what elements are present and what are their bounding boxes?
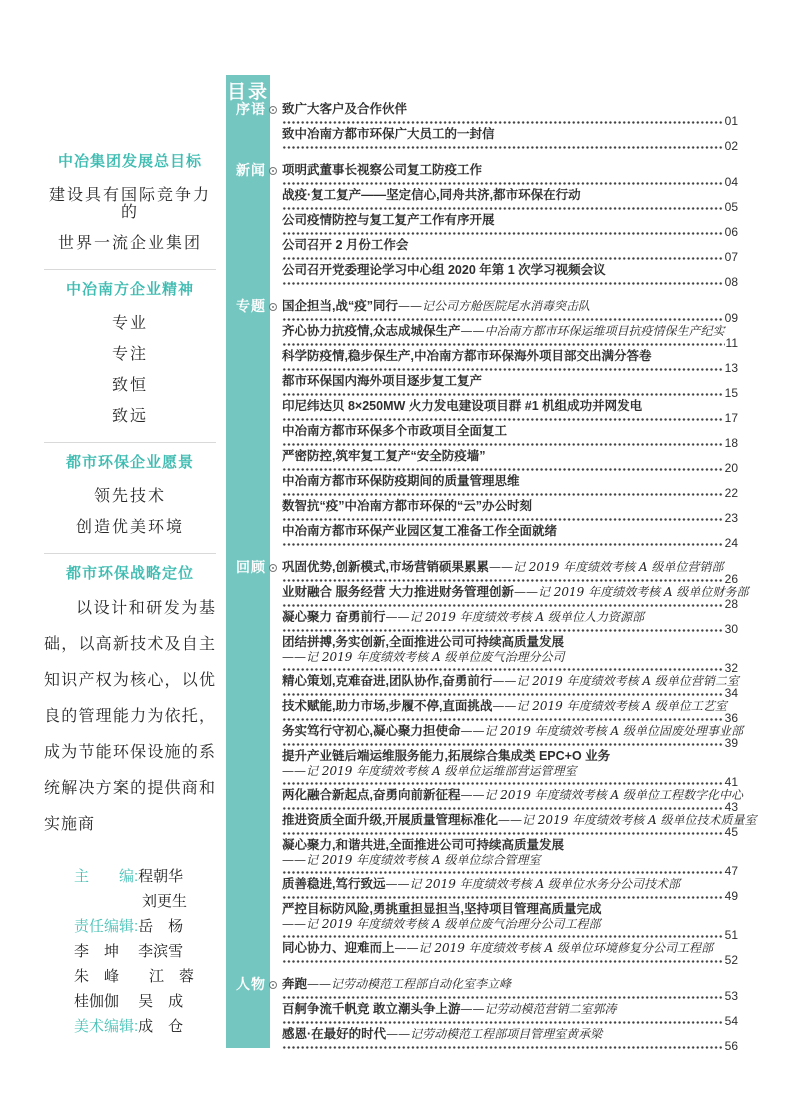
toc-section: 人物奔跑——记劳动模范工程部自动化室李立峰53百舸争流千帆竞 敢立潮头争上游——… xyxy=(282,977,738,1052)
toc-entry: 严控目标防风险,勇挑重担显担当,坚持项目管理高质量完成——记 2019 年度绩效… xyxy=(282,902,738,941)
leader-row: 52 xyxy=(282,956,738,966)
editor-name: 程朝华 xyxy=(138,868,183,885)
toc-entry: 齐心协力抗疫情,众志成城保生产——中冶南方都市环保运维项目抗疫情保生产纪实11 xyxy=(282,324,738,349)
page-number: 52 xyxy=(724,955,738,966)
toc-entry: 百舸争流千帆竞 敢立潮头争上游——记劳动模范营销二室郭涛54 xyxy=(282,1002,738,1027)
page-number: 06 xyxy=(724,227,738,238)
leader-row: 43 xyxy=(282,803,738,813)
leader-row: 34 xyxy=(282,689,738,699)
page-number: 39 xyxy=(724,738,738,749)
section-label: 专题 xyxy=(226,298,272,315)
entry-title-text: 致中冶南方都市环保广大员工的一封信 xyxy=(282,127,495,141)
leader-row: 06 xyxy=(282,228,738,238)
entry-title-text: 都市环保国内海外项目逐步复工复产 xyxy=(282,374,482,388)
dotted-leader xyxy=(282,368,724,371)
editor-name: 朱 峰 江 蓉 xyxy=(74,968,194,985)
leader-row: 26 xyxy=(282,575,738,585)
leader-row: 54 xyxy=(282,1017,738,1027)
dotted-leader xyxy=(282,996,724,999)
entry-title-text: 科学防疫情,稳步保生产,中冶南方都市环保海外项目部交出满分答卷 xyxy=(282,349,651,363)
page-number: 23 xyxy=(724,513,738,524)
entry-title: 项明武董事长视察公司复工防疫工作 xyxy=(282,163,738,178)
entry-subtitle: ——记 2019 年度绩效考核 A 级单位人力资源部 xyxy=(385,610,643,624)
entry-title: 数智抗“疫”中冶南方都市环保的“云”办公时刻 xyxy=(282,499,738,514)
entry-title-text: 两化融合新起点,奋勇向前新征程 xyxy=(282,788,460,802)
page-number: 07 xyxy=(724,252,738,263)
entry-title: 国企担当,战“疫”同行——记公司方舱医院尾水消毒突击队 xyxy=(282,299,738,314)
leader-row: 01 xyxy=(282,117,738,127)
page-number: 09 xyxy=(724,313,738,324)
entry-title-text: 推进资质全面升级,开展质量管理标准化 xyxy=(282,813,498,827)
entry-subtitle: ——记 2019 年度绩效考核 A 级单位废气治理分公司工程部 xyxy=(282,917,738,931)
sidebar-divider xyxy=(44,553,216,554)
entry-title-text: 数智抗“疫”中冶南方都市环保的“云”办公时刻 xyxy=(282,499,532,513)
toc-entry: 公司召开 2 月份工作会07 xyxy=(282,238,738,263)
entry-title: 中冶南方都市环保产业园区复工准备工作全面就绪 xyxy=(282,524,738,539)
editor-row: 主 编:程朝华 xyxy=(74,864,216,889)
toc-entry: 团结拼搏,务实创新,全面推进公司可持续高质量发展——记 2019 年度绩效考核 … xyxy=(282,635,738,674)
dotted-leader xyxy=(282,807,724,810)
entry-title-text: 公司疫情防控与复工复产工作有序开展 xyxy=(282,213,495,227)
sidebar-block: 中冶南方企业精神专业专注致恒致远 xyxy=(44,280,216,424)
sidebar: 中冶集团发展总目标建设具有国际竞争力的世界一流企业集团中冶南方企业精神专业专注致… xyxy=(44,152,216,1039)
entry-title-text: 质善稳进,笃行致远 xyxy=(282,877,385,891)
entry-subtitle: ——记 2019 年度绩效考核 A 级单位环境修复分公司工程部 xyxy=(395,941,713,955)
entry-subtitle: ——记 2019 年度绩效考核 A 级单位综合管理室 xyxy=(282,853,738,867)
leader-row: 32 xyxy=(282,664,738,674)
toc-entry: 提升产业链后端运维服务能力,拓展综合集成类 EPC+O 业务——记 2019 年… xyxy=(282,749,738,788)
entry-title: 百舸争流千帆竞 敢立潮头争上游——记劳动模范营销二室郭涛 xyxy=(282,1002,738,1017)
leader-row: 04 xyxy=(282,178,738,188)
toc-entry: 同心协力、迎难而上——记 2019 年度绩效考核 A 级单位环境修复分公司工程部… xyxy=(282,941,738,966)
entry-title: 公司召开党委理论学习中心组 2020 年第 1 次学习视频会议 xyxy=(282,263,738,278)
entry-title-text: 凝心聚力 奋勇前行 xyxy=(282,610,385,624)
editor-row: 刘更生 xyxy=(74,889,216,914)
editor-row: 李 坤 李滨雪 xyxy=(74,939,216,964)
page-number: 34 xyxy=(724,688,738,699)
entry-subtitle: ——记 2019 年度绩效考核 A 级单位营销部 xyxy=(489,560,723,574)
page-number: 24 xyxy=(724,538,738,549)
toc-entry: 国企担当,战“疫”同行——记公司方舱医院尾水消毒突击队09 xyxy=(282,299,738,324)
entry-title: 团结拼搏,务实创新,全面推进公司可持续高质量发展 xyxy=(282,635,738,650)
editor-row: 桂伽伽 吴 成 xyxy=(74,989,216,1014)
leader-row: 07 xyxy=(282,253,738,263)
entry-title-text: 业财融合 服务经营 大力推进财务管理创新 xyxy=(282,585,514,599)
dotted-leader xyxy=(282,282,724,285)
entry-title-text: 精心策划,克难奋进,团队协作,奋勇前行 xyxy=(282,674,492,688)
entry-title: 提升产业链后端运维服务能力,拓展综合集成类 EPC+O 业务 xyxy=(282,749,738,764)
toc-entry: 致广大客户及合作伙伴01 xyxy=(282,102,738,127)
page-number: 54 xyxy=(724,1016,738,1027)
page-number: 49 xyxy=(724,891,738,902)
section-bullet-icon xyxy=(269,981,277,989)
entry-subtitle: ——记 2019 年度绩效考核 A 级单位技术质量室 xyxy=(498,813,756,827)
page-number: 11 xyxy=(725,338,738,349)
entry-subtitle: ——记 2019 年度绩效考核 A 级单位废气治理分公司 xyxy=(282,650,738,664)
toc-sections: 序语致广大客户及合作伙伴01致中冶南方都市环保广大员工的一封信02新闻项明武董事… xyxy=(282,102,738,1063)
leader-row: 49 xyxy=(282,892,738,902)
leader-row: 08 xyxy=(282,278,738,288)
entry-title-text: 务实笃行守初心,凝心聚力担使命 xyxy=(282,724,460,738)
entry-subtitle: ——记劳动模范工程部项目管理室黄承梁 xyxy=(386,1027,602,1041)
sidebar-heading: 中冶集团发展总目标 xyxy=(44,152,216,172)
page-number: 47 xyxy=(724,866,738,877)
dotted-leader xyxy=(282,468,724,471)
entry-title: 奔跑——记劳动模范工程部自动化室李立峰 xyxy=(282,977,738,992)
page-number: 02 xyxy=(724,141,738,152)
page-number: 41 xyxy=(724,777,738,788)
toc-entry: 奔跑——记劳动模范工程部自动化室李立峰53 xyxy=(282,977,738,1002)
toc-entry: 公司疫情防控与复工复产工作有序开展06 xyxy=(282,213,738,238)
toc-entry: 凝心聚力 奋勇前行——记 2019 年度绩效考核 A 级单位人力资源部30 xyxy=(282,610,738,635)
entry-title-text: 国企担当,战“疫”同行 xyxy=(282,299,398,313)
leader-row: 13 xyxy=(282,364,738,374)
entry-title-text: 严密防控,筑牢复工复产“安全防疫墙” xyxy=(282,449,485,463)
leader-row: 02 xyxy=(282,142,738,152)
sidebar-line: 领先技术 xyxy=(44,487,216,504)
toc-entry: 中冶南方都市环保多个市政项目全面复工18 xyxy=(282,424,738,449)
page-number: 22 xyxy=(724,488,738,499)
toc-entry: 质善稳进,笃行致远——记 2019 年度绩效考核 A 级单位水务分公司技术部49 xyxy=(282,877,738,902)
page-number: 26 xyxy=(724,574,738,585)
page-number: 15 xyxy=(724,388,738,399)
toc-entry: 技术赋能,助力市场,步履不停,直面挑战——记 2019 年度绩效考核 A 级单位… xyxy=(282,699,738,724)
entry-subtitle: ——记劳动模范工程部自动化室李立峰 xyxy=(307,977,511,991)
entry-subtitle: ——记 2019 年度绩效考核 A 级单位运维部营运管理室 xyxy=(282,764,738,778)
entry-title-text: 中冶南方都市环保产业园区复工准备工作全面就绪 xyxy=(282,524,557,538)
editors-block: 主 编:程朝华刘更生责任编辑:岳 杨李 坤 李滨雪朱 峰 江 蓉桂伽伽 吴 成美… xyxy=(44,864,216,1039)
leader-row: 17 xyxy=(282,414,738,424)
entry-title: 凝心聚力,和谐共进,全面推进公司可持续高质量发展 xyxy=(282,838,738,853)
entry-title-text: 奔跑 xyxy=(282,977,307,991)
magazine-toc-page: 中冶集团发展总目标建设具有国际竞争力的世界一流企业集团中冶南方企业精神专业专注致… xyxy=(0,0,800,1100)
bullet-dot xyxy=(272,984,274,986)
toc-entry: 战疫·复工复产——坚定信心,同舟共济,都市环保在行动05 xyxy=(282,188,738,213)
toc-entry: 公司召开党委理论学习中心组 2020 年第 1 次学习视频会议08 xyxy=(282,263,738,288)
toc-section: 新闻项明武董事长视察公司复工防疫工作04战疫·复工复产——坚定信心,同舟共济,都… xyxy=(282,163,738,288)
page-number: 18 xyxy=(724,438,738,449)
entry-title-text: 项明武董事长视察公司复工防疫工作 xyxy=(282,163,482,177)
editor-role-label: 主 编: xyxy=(74,868,138,885)
page-number: 30 xyxy=(724,624,738,635)
toc-entry: 凝心聚力,和谐共进,全面推进公司可持续高质量发展——记 2019 年度绩效考核 … xyxy=(282,838,738,877)
sidebar-block: 中冶集团发展总目标建设具有国际竞争力的世界一流企业集团 xyxy=(44,152,216,251)
dotted-leader xyxy=(282,518,724,521)
dotted-leader xyxy=(282,871,724,874)
dotted-leader xyxy=(282,146,724,149)
toc-entry: 精心策划,克难奋进,团队协作,奋勇前行——记 2019 年度绩效考核 A 级单位… xyxy=(282,674,738,699)
leader-row: 56 xyxy=(282,1042,738,1052)
leader-row: 22 xyxy=(282,489,738,499)
dotted-leader xyxy=(282,629,724,632)
leader-row: 24 xyxy=(282,539,738,549)
toc-entry: 中冶南方都市环保防疫期间的质量管理思维22 xyxy=(282,474,738,499)
dotted-leader xyxy=(282,207,724,210)
leader-row: 11 xyxy=(282,339,738,349)
entry-subtitle: ——中冶南方都市环保运维项目抗疫情保生产纪实 xyxy=(460,324,724,338)
entry-title-text: 巩固优势,创新模式,市场营销硕果累累 xyxy=(282,560,489,574)
toc-entry: 务实笃行守初心,凝心聚力担使命——记 2019 年度绩效考核 A 级单位固废处理… xyxy=(282,724,738,749)
editor-name: 李 坤 李滨雪 xyxy=(74,943,183,960)
toc-entry: 致中冶南方都市环保广大员工的一封信02 xyxy=(282,127,738,152)
toc-entry: 巩固优势,创新模式,市场营销硕果累累——记 2019 年度绩效考核 A 级单位营… xyxy=(282,560,738,585)
leader-row: 20 xyxy=(282,464,738,474)
toc-entry: 项明武董事长视察公司复工防疫工作04 xyxy=(282,163,738,188)
page-number: 28 xyxy=(724,599,738,610)
leader-row: 45 xyxy=(282,828,738,838)
leader-row: 47 xyxy=(282,867,738,877)
leader-row: 15 xyxy=(282,389,738,399)
dotted-leader xyxy=(282,182,724,185)
entry-title-text: 公司召开 2 月份工作会 xyxy=(282,238,408,252)
page-number: 05 xyxy=(724,202,738,213)
entry-title: 公司疫情防控与复工复产工作有序开展 xyxy=(282,213,738,228)
leader-row: 41 xyxy=(282,778,738,788)
toc-entry: 数智抗“疫”中冶南方都市环保的“云”办公时刻23 xyxy=(282,499,738,524)
page-number: 20 xyxy=(724,463,738,474)
sidebar-line: 专业 xyxy=(44,314,216,331)
page-number: 53 xyxy=(724,991,738,1002)
bullet-dot xyxy=(272,306,274,308)
entry-subtitle: ——记 2019 年度绩效考核 A 级单位工程数字化中心 xyxy=(460,788,742,802)
entry-title: 技术赋能,助力市场,步履不停,直面挑战——记 2019 年度绩效考核 A 级单位… xyxy=(282,699,738,714)
entry-title: 同心协力、迎难而上——记 2019 年度绩效考核 A 级单位环境修复分公司工程部 xyxy=(282,941,738,956)
dotted-leader xyxy=(282,318,724,321)
entry-title: 严控目标防风险,勇挑重担显担当,坚持项目管理高质量完成 xyxy=(282,902,738,917)
dotted-leader xyxy=(282,121,724,124)
sidebar-line: 世界一流企业集团 xyxy=(44,234,216,251)
toc-section: 序语致广大客户及合作伙伴01致中冶南方都市环保广大员工的一封信02 xyxy=(282,102,738,152)
entry-title: 感恩·在最好的时代——记劳动模范工程部项目管理室黄承梁 xyxy=(282,1027,738,1042)
dotted-leader xyxy=(282,668,724,671)
entry-title-text: 致广大客户及合作伙伴 xyxy=(282,102,407,116)
dotted-leader xyxy=(282,443,724,446)
entry-title-text: 同心协力、迎难而上 xyxy=(282,941,395,955)
entry-title: 质善稳进,笃行致远——记 2019 年度绩效考核 A 级单位水务分公司技术部 xyxy=(282,877,738,892)
entry-title: 严密防控,筑牢复工复产“安全防疫墙” xyxy=(282,449,738,464)
dotted-leader xyxy=(282,718,724,721)
entry-subtitle: ——记 2019 年度绩效考核 A 级单位工艺室 xyxy=(492,699,726,713)
sidebar-line: 创造优美环境 xyxy=(44,518,216,535)
dotted-leader xyxy=(282,832,724,835)
entry-title-text: 百舸争流千帆竞 敢立潮头争上游 xyxy=(282,1002,460,1016)
entry-subtitle: ——记 2019 年度绩效考核 A 级单位财务部 xyxy=(514,585,748,599)
sidebar-heading: 中冶南方企业精神 xyxy=(44,280,216,300)
page-number: 56 xyxy=(724,1041,738,1052)
page-number: 51 xyxy=(724,930,738,941)
section-label: 人物 xyxy=(226,976,272,993)
entry-title-text: 提升产业链后端运维服务能力,拓展综合集成类 EPC+O 业务 xyxy=(282,749,610,763)
page-number: 43 xyxy=(724,802,738,813)
entry-title: 中冶南方都市环保防疫期间的质量管理思维 xyxy=(282,474,738,489)
dotted-leader xyxy=(282,343,725,346)
entry-subtitle: ——记公司方舱医院尾水消毒突击队 xyxy=(398,299,590,313)
entry-subtitle: ——记 2019 年度绩效考核 A 级单位水务分公司技术部 xyxy=(385,877,679,891)
entry-title: 战疫·复工复产——坚定信心,同舟共济,都市环保在行动 xyxy=(282,188,738,203)
entry-title: 致中冶南方都市环保广大员工的一封信 xyxy=(282,127,738,142)
section-bullet-icon xyxy=(269,106,277,114)
editor-row: 朱 峰 江 蓉 xyxy=(74,964,216,989)
section-bullet-icon xyxy=(269,303,277,311)
toc-entry: 推进资质全面升级,开展质量管理标准化——记 2019 年度绩效考核 A 级单位技… xyxy=(282,813,738,838)
entry-subtitle: ——记 2019 年度绩效考核 A 级单位固废处理事业部 xyxy=(460,724,742,738)
dotted-leader xyxy=(282,1021,724,1024)
dotted-leader xyxy=(282,896,724,899)
toc-entry: 印尼纬达贝 8×250MW 火力发电建设项目群 #1 机组成功并网发电17 xyxy=(282,399,738,424)
dotted-leader xyxy=(282,418,724,421)
toc-entry: 两化融合新起点,奋勇向前新征程——记 2019 年度绩效考核 A 级单位工程数字… xyxy=(282,788,738,813)
sidebar-heading: 都市环保战略定位 xyxy=(44,564,216,584)
dotted-leader xyxy=(282,960,724,963)
dotted-leader xyxy=(282,743,724,746)
sidebar-divider xyxy=(44,269,216,270)
sidebar-heading: 都市环保企业愿景 xyxy=(44,453,216,473)
entry-title: 公司召开 2 月份工作会 xyxy=(282,238,738,253)
section-label: 回顾 xyxy=(226,559,272,576)
sidebar-block: 都市环保企业愿景领先技术创造优美环境 xyxy=(44,453,216,535)
toc-entry: 严密防控,筑牢复工复产“安全防疫墙”20 xyxy=(282,449,738,474)
sidebar-line: 致恒 xyxy=(44,376,216,393)
section-label: 序语 xyxy=(226,101,272,118)
leader-row: 18 xyxy=(282,439,738,449)
leader-row: 30 xyxy=(282,625,738,635)
page-number: 01 xyxy=(724,116,738,127)
entry-title: 科学防疫情,稳步保生产,中冶南方都市环保海外项目部交出满分答卷 xyxy=(282,349,738,364)
entry-title: 齐心协力抗疫情,众志成城保生产——中冶南方都市环保运维项目抗疫情保生产纪实 xyxy=(282,324,738,339)
dotted-leader xyxy=(282,604,724,607)
entry-title-text: 战疫·复工复产——坚定信心,同舟共济,都市环保在行动 xyxy=(282,188,581,202)
editor-name: 成 仓 xyxy=(138,1018,183,1035)
leader-row: 23 xyxy=(282,514,738,524)
leader-row: 36 xyxy=(282,714,738,724)
toc-section: 专题国企担当,战“疫”同行——记公司方舱医院尾水消毒突击队09齐心协力抗疫情,众… xyxy=(282,299,738,549)
dotted-leader xyxy=(282,1046,724,1049)
entry-title: 务实笃行守初心,凝心聚力担使命——记 2019 年度绩效考核 A 级单位固废处理… xyxy=(282,724,738,739)
section-label: 新闻 xyxy=(226,162,272,179)
editor-role-label: 美术编辑: xyxy=(74,1018,138,1035)
toc-entry: 业财融合 服务经营 大力推进财务管理创新——记 2019 年度绩效考核 A 级单… xyxy=(282,585,738,610)
section-bullet-icon xyxy=(269,564,277,572)
editor-row: 美术编辑:成 仓 xyxy=(74,1014,216,1039)
entry-title: 推进资质全面升级,开展质量管理标准化——记 2019 年度绩效考核 A 级单位技… xyxy=(282,813,738,828)
entry-title-text: 印尼纬达贝 8×250MW 火力发电建设项目群 #1 机组成功并网发电 xyxy=(282,399,642,413)
toc-section: 回顾巩固优势,创新模式,市场营销硕果累累——记 2019 年度绩效考核 A 级单… xyxy=(282,560,738,966)
sidebar-paragraph: 以设计和研发为基础，以高新技术及自主知识产权为核心，以优良的管理能力为依托，成为… xyxy=(44,590,216,842)
sidebar-line: 致远 xyxy=(44,407,216,424)
page-number: 32 xyxy=(724,663,738,674)
bullet-dot xyxy=(272,170,274,172)
entry-title-text: 技术赋能,助力市场,步履不停,直面挑战 xyxy=(282,699,492,713)
page-number: 36 xyxy=(724,713,738,724)
entry-title: 中冶南方都市环保多个市政项目全面复工 xyxy=(282,424,738,439)
toc-entry: 都市环保国内海外项目逐步复工复产15 xyxy=(282,374,738,399)
page-number: 13 xyxy=(724,363,738,374)
entry-title-text: 严控目标防风险,勇挑重担显担当,坚持项目管理高质量完成 xyxy=(282,902,601,916)
entry-title: 巩固优势,创新模式,市场营销硕果累累——记 2019 年度绩效考核 A 级单位营… xyxy=(282,560,738,575)
editor-name: 岳 杨 xyxy=(138,918,183,935)
page-number: 45 xyxy=(724,827,738,838)
toc-title: 目录 xyxy=(226,77,270,104)
dotted-leader xyxy=(282,232,724,235)
entry-title: 业财融合 服务经营 大力推进财务管理创新——记 2019 年度绩效考核 A 级单… xyxy=(282,585,738,600)
section-bullet-icon xyxy=(269,167,277,175)
dotted-leader xyxy=(282,579,724,582)
entry-title-text: 中冶南方都市环保多个市政项目全面复工 xyxy=(282,424,507,438)
entry-title-text: 感恩·在最好的时代 xyxy=(282,1027,386,1041)
editor-role-label: 责任编辑: xyxy=(74,918,138,935)
entry-title-text: 公司召开党委理论学习中心组 2020 年第 1 次学习视频会议 xyxy=(282,263,606,277)
entry-title: 精心策划,克难奋进,团队协作,奋勇前行——记 2019 年度绩效考核 A 级单位… xyxy=(282,674,738,689)
leader-row: 28 xyxy=(282,600,738,610)
entry-subtitle: ——记 2019 年度绩效考核 A 级单位营销二室 xyxy=(492,674,738,688)
entry-title-text: 中冶南方都市环保防疫期间的质量管理思维 xyxy=(282,474,520,488)
entry-title: 印尼纬达贝 8×250MW 火力发电建设项目群 #1 机组成功并网发电 xyxy=(282,399,738,414)
dotted-leader xyxy=(282,393,724,396)
leader-row: 51 xyxy=(282,931,738,941)
entry-title-text: 团结拼搏,务实创新,全面推进公司可持续高质量发展 xyxy=(282,635,564,649)
entry-title-text: 凝心聚力,和谐共进,全面推进公司可持续高质量发展 xyxy=(282,838,564,852)
toc-entry: 感恩·在最好的时代——记劳动模范工程部项目管理室黄承梁56 xyxy=(282,1027,738,1052)
entry-subtitle: ——记劳动模范营销二室郭涛 xyxy=(460,1002,616,1016)
entry-title: 都市环保国内海外项目逐步复工复产 xyxy=(282,374,738,389)
sidebar-line: 建设具有国际竞争力的 xyxy=(44,186,216,220)
sidebar-line: 专注 xyxy=(44,345,216,362)
page-number: 04 xyxy=(724,177,738,188)
page-number: 08 xyxy=(724,277,738,288)
editor-row: 责任编辑:岳 杨 xyxy=(74,914,216,939)
leader-row: 39 xyxy=(282,739,738,749)
dotted-leader xyxy=(282,935,724,938)
dotted-leader xyxy=(282,493,724,496)
leader-row: 05 xyxy=(282,203,738,213)
editor-name: 刘更生 xyxy=(142,893,187,910)
toc-entry: 科学防疫情,稳步保生产,中冶南方都市环保海外项目部交出满分答卷13 xyxy=(282,349,738,374)
page-number: 17 xyxy=(724,413,738,424)
sidebar-block: 都市环保战略定位以设计和研发为基础，以高新技术及自主知识产权为核心，以优良的管理… xyxy=(44,564,216,842)
dotted-leader xyxy=(282,782,724,785)
bullet-dot xyxy=(272,109,274,111)
leader-row: 53 xyxy=(282,992,738,1002)
entry-title-text: 齐心协力抗疫情,众志成城保生产 xyxy=(282,324,460,338)
toc-entry: 中冶南方都市环保产业园区复工准备工作全面就绪24 xyxy=(282,524,738,549)
entry-title: 致广大客户及合作伙伴 xyxy=(282,102,738,117)
dotted-leader xyxy=(282,257,724,260)
entry-title: 两化融合新起点,奋勇向前新征程——记 2019 年度绩效考核 A 级单位工程数字… xyxy=(282,788,738,803)
dotted-leader xyxy=(282,693,724,696)
editor-name: 桂伽伽 吴 成 xyxy=(74,993,183,1010)
bullet-dot xyxy=(272,567,274,569)
entry-title: 凝心聚力 奋勇前行——记 2019 年度绩效考核 A 级单位人力资源部 xyxy=(282,610,738,625)
dotted-leader xyxy=(282,543,724,546)
sidebar-divider xyxy=(44,442,216,443)
leader-row: 09 xyxy=(282,314,738,324)
